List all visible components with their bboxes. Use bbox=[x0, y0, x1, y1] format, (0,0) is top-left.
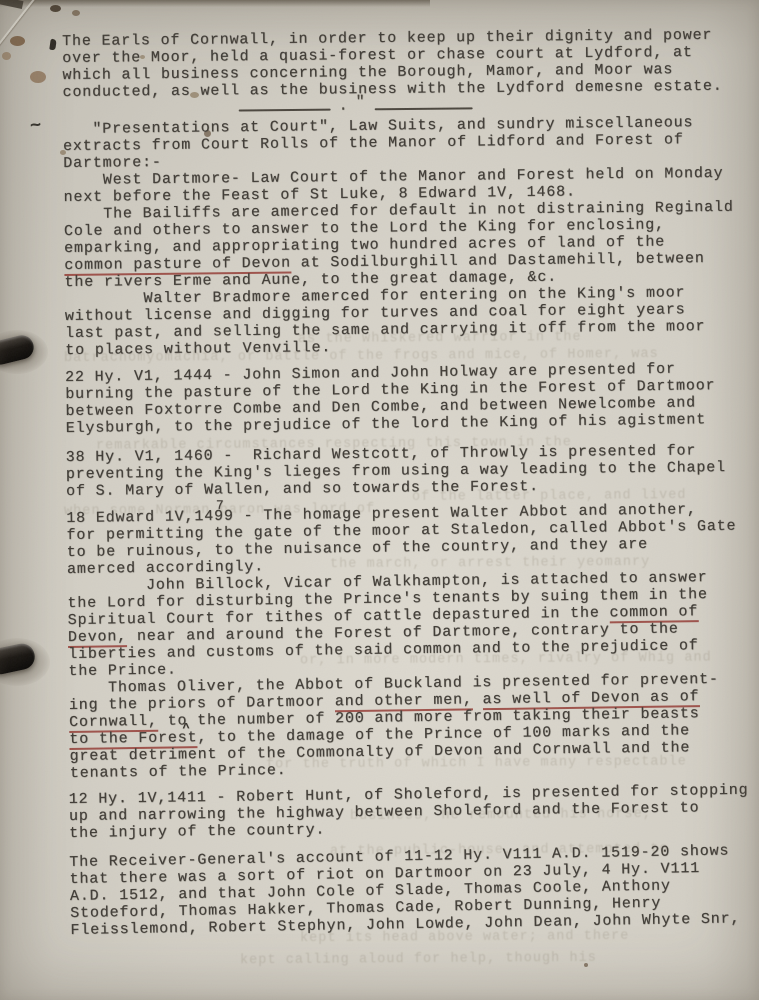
typed-text-segment: the injury of the country. bbox=[69, 821, 325, 841]
paragraph: 22 Hy. V1, 1444 - John Simon and John Ho… bbox=[65, 360, 759, 437]
typed-text: The Earls of Cornwall, in order to keep … bbox=[62, 27, 759, 939]
stain-speck bbox=[584, 963, 588, 967]
paragraph: The Earls of Cornwall, in order to keep … bbox=[62, 26, 759, 101]
ink-blot bbox=[49, 39, 56, 51]
divider-dot: . bbox=[339, 98, 349, 115]
paragraph: 38 Hy. V1, 1460 - Richard Westcott, of T… bbox=[66, 442, 759, 500]
page-top-shadow bbox=[0, 0, 430, 7]
stain-speck bbox=[30, 71, 46, 83]
ditto-mark: " bbox=[356, 93, 366, 110]
typed-text-segment: to places without Venville. bbox=[65, 339, 331, 359]
paragraph: 12 Hy. 1V,1411 - Robert Hunt, of Sholefo… bbox=[69, 781, 759, 841]
stain-speck bbox=[72, 10, 80, 16]
typed-text-segment bbox=[473, 691, 483, 708]
typed-text-segment: Dartmore:- bbox=[63, 154, 162, 172]
divider-rule bbox=[375, 107, 473, 110]
stain-speck bbox=[10, 36, 25, 46]
paragraph: The Receiver-General's account of 11-12 … bbox=[69, 842, 759, 939]
typed-text-segment: tenants of the Prince. bbox=[70, 762, 287, 782]
page-edge-chip bbox=[0, 0, 24, 9]
typed-correction-digit: 7 bbox=[216, 497, 225, 514]
divider-rule bbox=[239, 109, 331, 112]
typed-text-segment: the Prince. bbox=[68, 661, 177, 680]
typed-text-segment: 18 Edward 1V,14 bbox=[66, 508, 214, 527]
handwritten-mark: ~ bbox=[29, 114, 43, 137]
bleedthrough-text: kept calling aloud for help, though his bbox=[240, 951, 597, 969]
scanned-document-page: ~ as the whiskered warrior in thebatrach… bbox=[0, 0, 759, 1000]
paragraph: "Presentations at Court", Law Suits, and… bbox=[63, 113, 759, 359]
stain-speck bbox=[2, 52, 11, 60]
paragraph: 18 Edward 1V,14799 - The homage present … bbox=[66, 500, 759, 782]
section-divider: ." bbox=[239, 98, 539, 117]
typed-text-segment: of S. Mary of Wallen, and so towards the… bbox=[66, 478, 539, 500]
